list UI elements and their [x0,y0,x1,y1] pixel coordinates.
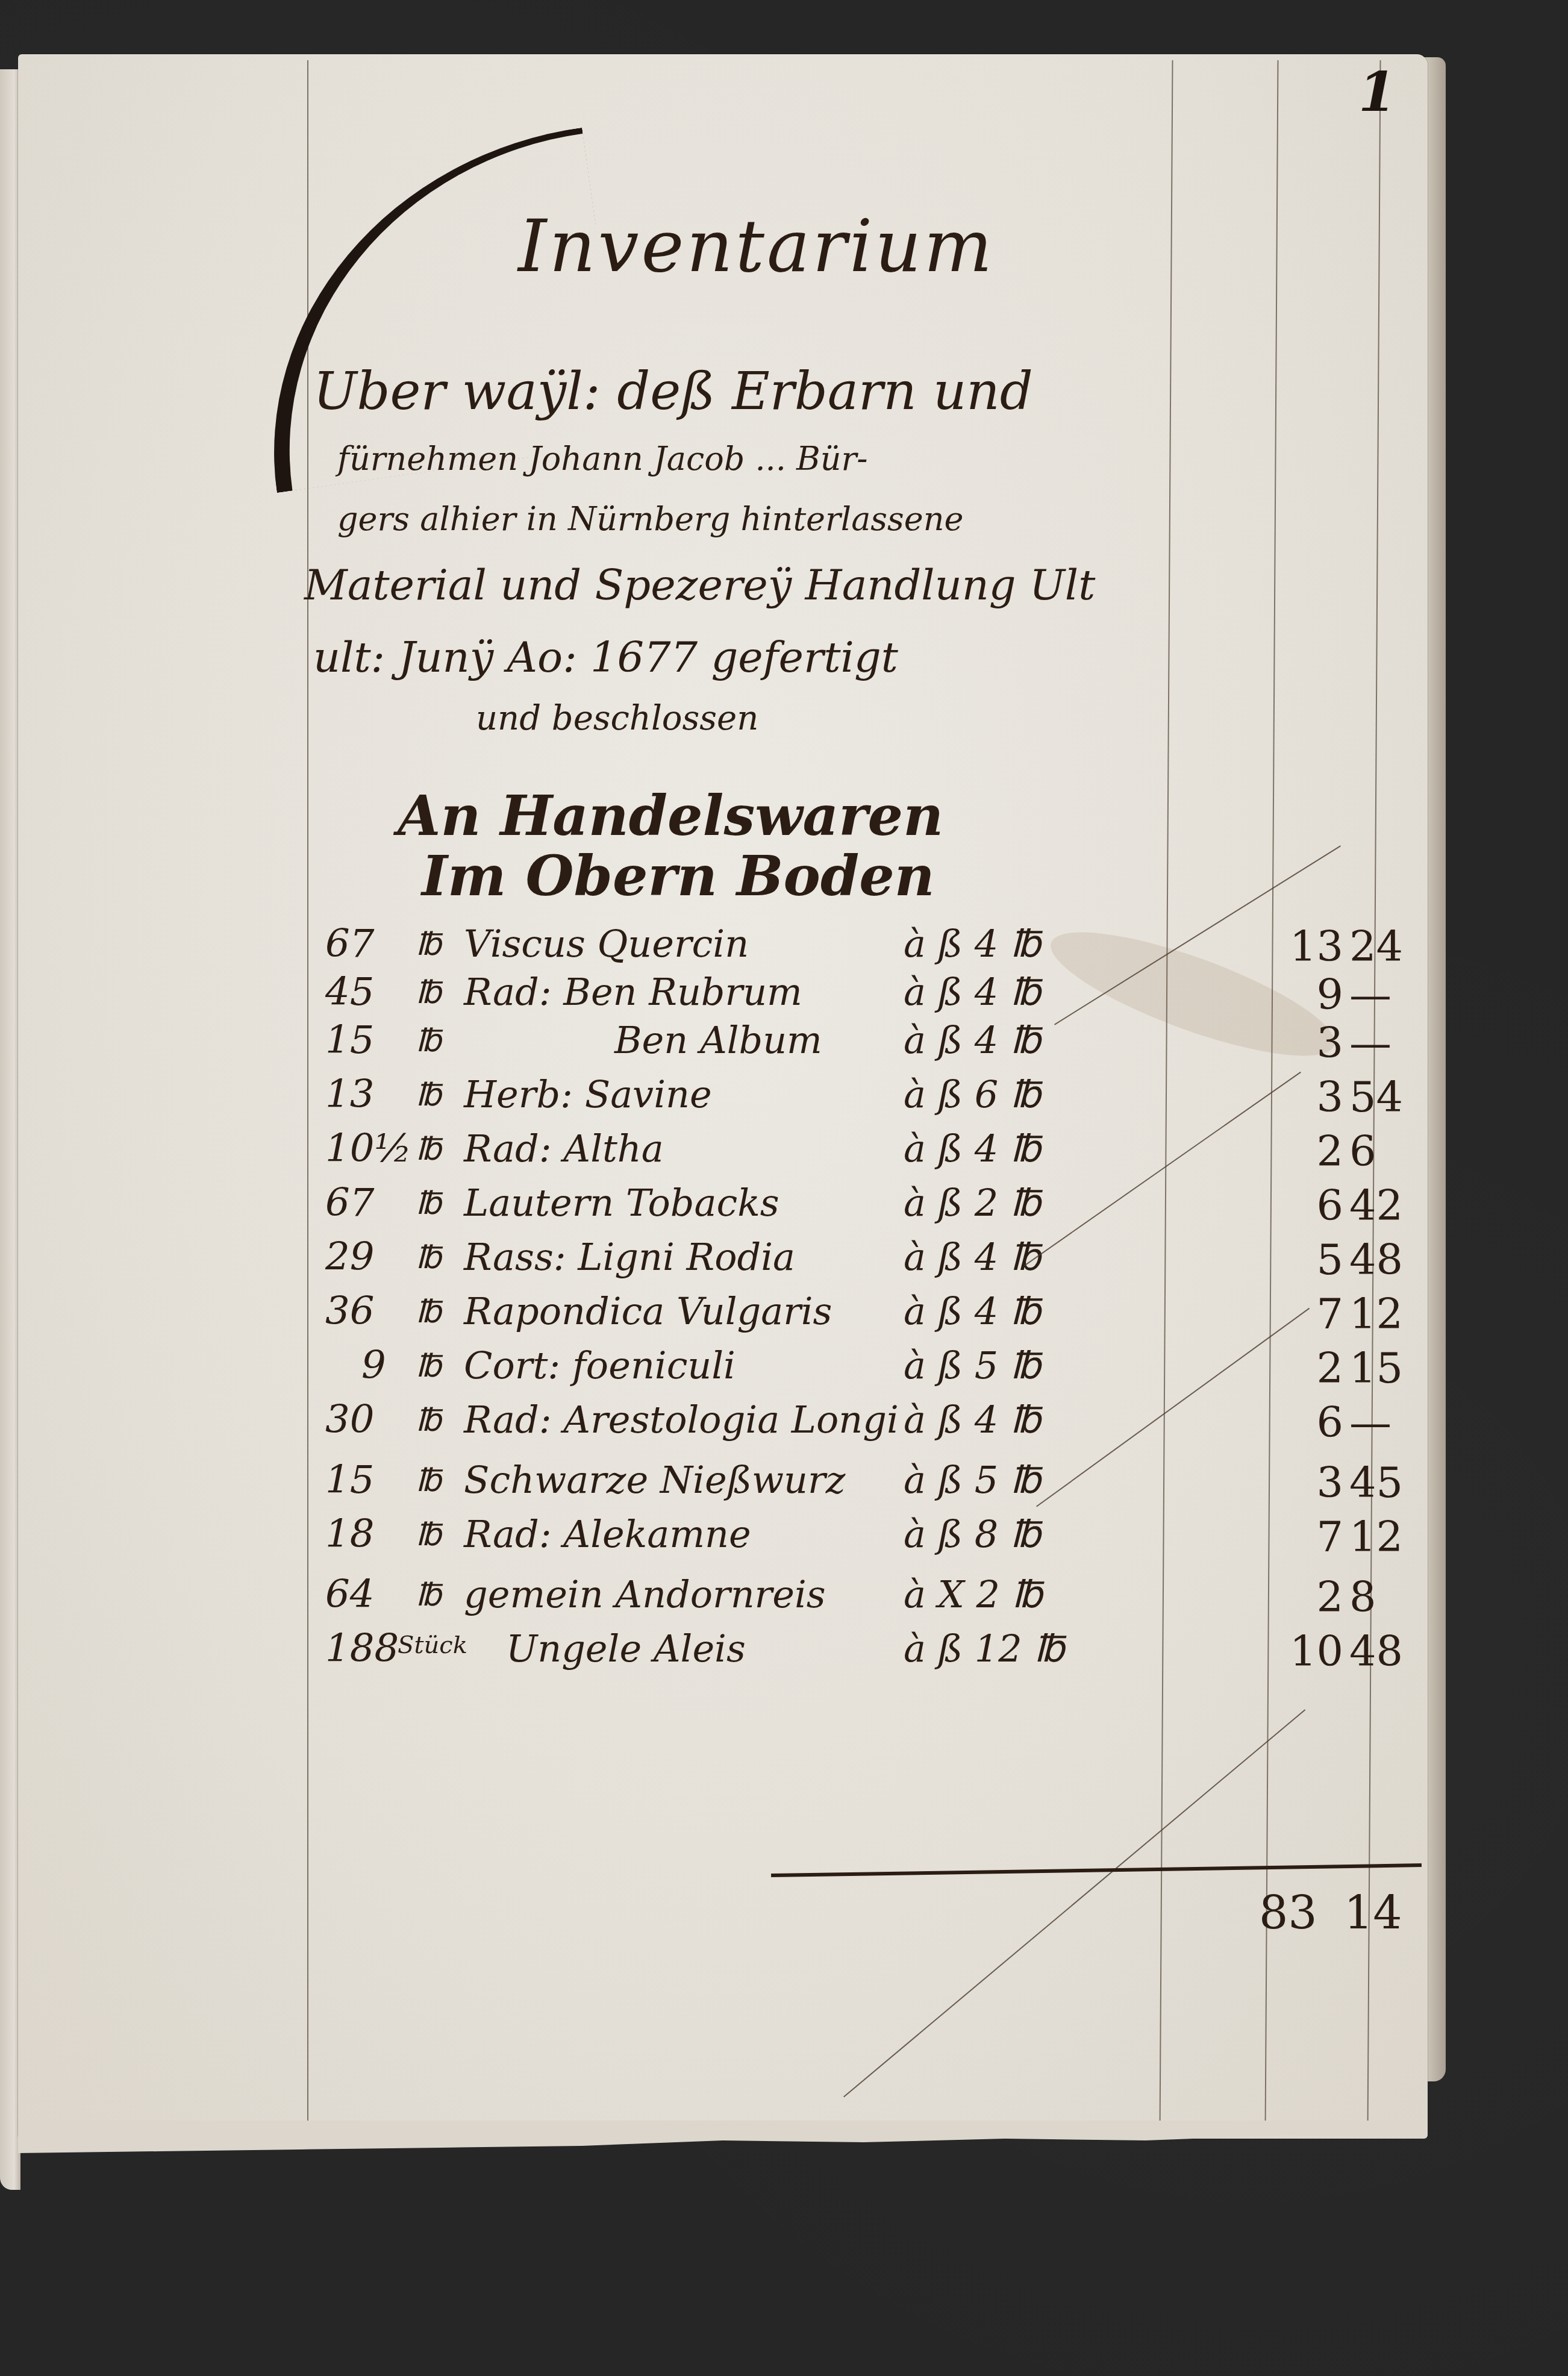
row-quantity: 188 [325,1627,404,1671]
row-unit: ℔ [416,1402,442,1439]
row-unit: ℔ [416,1131,442,1168]
row-rate: à ß 5 ℔ [904,1343,1041,1387]
row-florin: 3 [1241,1072,1343,1122]
row-kreuzer: 42 [1349,1181,1434,1230]
row-unit: ℔ [416,1186,442,1222]
ledger-row: 13 ℔ Herb: Savine à ß 6 ℔ 3 54 [325,1072,1422,1121]
ledger-row: 15 ℔ Ben Album à ß 4 ℔ 3 — [325,1018,1422,1066]
row-quantity: 45 [325,970,404,1014]
intro-line-1: Uber waÿl: deß Erbarn und [313,361,1033,422]
row-quantity: 67 [325,1181,404,1225]
row-quantity: 36 [325,1289,404,1334]
row-kreuzer: 6 [1349,1127,1434,1176]
folio-number: 1 [1358,60,1396,124]
intro-line-3: gers alhier in Nürnberg hinterlassene [337,500,963,538]
row-kreuzer: 15 [1349,1343,1434,1393]
intro-line-4: Material und Spezereÿ Handlung Ult [304,560,1095,610]
row-florin: 2 [1241,1343,1343,1393]
row-rate: à ß 12 ℔ [904,1627,1064,1671]
row-item-name: Ungele Aleis [506,1627,746,1671]
row-item-name: Ben Album [614,1018,822,1062]
row-rate: à ß 8 ℔ [904,1512,1041,1556]
row-item-name: Rad: Ben Rubrum [464,970,802,1014]
ledger-row: 67 ℔ Lautern Tobacks à ß 2 ℔ 6 42 [325,1181,1422,1229]
row-unit: ℔ [416,1577,442,1613]
row-item-name: Rad: Altha [464,1127,664,1171]
intro-line-2: fürnehmen Johann Jacob ... Bür- [337,440,868,478]
row-florin: 13 [1241,922,1343,971]
row-item-name: Rad: Alekamne [464,1512,751,1556]
row-kreuzer: 12 [1349,1512,1434,1562]
ledger-row: 15 ℔ Schwarze Nießwurz à ß 5 ℔ 3 45 [325,1458,1422,1506]
total-kreuzer: 14 [1344,1886,1402,1939]
ledger-row: 9 ℔ Cort: foeniculi à ß 5 ℔ 2 15 [325,1343,1422,1392]
row-kreuzer: — [1349,1398,1434,1447]
ledger-row: 30 ℔ Rad: Arestologia Longi à ß 4 ℔ 6 — [325,1398,1422,1446]
row-item-name: Rass: Ligni Rodia [464,1235,795,1279]
ledger-row: 10½ ℔ Rad: Altha à ß 4 ℔ 2 6 [325,1127,1422,1175]
row-unit: ℔ [416,1348,442,1384]
intro-line-6: und beschlossen [476,699,758,738]
row-kreuzer: — [1349,970,1434,1019]
row-florin: 10 [1241,1627,1343,1676]
row-florin: 9 [1241,970,1343,1019]
row-rate: à ß 2 ℔ [904,1181,1041,1225]
row-rate: à ß 4 ℔ [904,922,1041,966]
row-florin: 5 [1241,1235,1343,1284]
row-unit: ℔ [416,927,442,963]
total-amount: 83 14 [1259,1886,1402,1939]
row-quantity: 10½ [325,1127,404,1171]
row-rate: à ß 4 ℔ [904,1398,1041,1442]
row-florin: 6 [1241,1398,1343,1447]
row-kreuzer: 54 [1349,1072,1434,1122]
row-kreuzer: 48 [1349,1627,1434,1676]
row-unit: Stück [398,1631,467,1659]
row-unit: ℔ [416,975,442,1011]
row-rate: à ß 4 ℔ [904,1235,1041,1279]
row-florin: 3 [1241,1458,1343,1507]
row-unit: ℔ [416,1294,442,1330]
row-unit: ℔ [416,1517,442,1553]
row-unit: ℔ [416,1240,442,1276]
row-quantity: 67 [325,922,404,966]
page-title: Inventarium [518,205,995,289]
row-kreuzer: 12 [1349,1289,1434,1339]
row-kreuzer: 24 [1349,922,1434,971]
ledger-row: 18 ℔ Rad: Alekamne à ß 8 ℔ 7 12 [325,1512,1422,1560]
ledger-row: 67 ℔ Viscus Quercin à ß 4 ℔ 13 24 [325,922,1422,970]
row-kreuzer: — [1349,1018,1434,1068]
ledger-row: 45 ℔ Rad: Ben Rubrum à ß 4 ℔ 9 — [325,970,1422,1018]
row-rate: à ß 5 ℔ [904,1458,1041,1502]
previous-page-edge [0,69,20,2190]
row-kreuzer: 8 [1349,1572,1434,1622]
row-rate: à ß 4 ℔ [904,970,1041,1014]
row-quantity: 64 [325,1572,404,1617]
row-rate: à X 2 ℔ [904,1572,1042,1616]
intro-line-5: ult: Junÿ Ao: 1677 gefertigt [313,633,898,682]
row-item-name: Cort: foeniculi [464,1343,736,1387]
row-rate: à ß 4 ℔ [904,1127,1041,1171]
row-quantity: 15 [325,1458,404,1502]
row-florin: 7 [1241,1512,1343,1562]
ledger-row: 64 ℔ gemein Andornreis à X 2 ℔ 2 8 [325,1572,1422,1621]
section-heading-location: Im Obern Boden [422,843,935,908]
ledger-row: 36 ℔ Rapondica Vulgaris à ß 4 ℔ 7 12 [325,1289,1422,1337]
row-florin: 3 [1241,1018,1343,1068]
row-rate: à ß 4 ℔ [904,1018,1041,1062]
row-item-name: Herb: Savine [464,1072,712,1116]
row-florin: 7 [1241,1289,1343,1339]
row-quantity: 15 [325,1018,404,1063]
row-quantity: 18 [325,1512,404,1557]
row-item-name: Lautern Tobacks [464,1181,779,1225]
row-unit: ℔ [416,1463,442,1499]
row-kreuzer: 48 [1349,1235,1434,1284]
row-florin: 2 [1241,1127,1343,1176]
row-florin: 2 [1241,1572,1343,1622]
row-quantity: 29 [325,1235,404,1280]
row-florin: 6 [1241,1181,1343,1230]
total-florin: 83 [1259,1886,1317,1939]
ledger-row: 29 ℔ Rass: Ligni Rodia à ß 4 ℔ 5 48 [325,1235,1422,1283]
row-kreuzer: 45 [1349,1458,1434,1507]
row-rate: à ß 6 ℔ [904,1072,1041,1116]
section-heading-goods: An Handelswaren [398,783,943,848]
row-item-name: Viscus Quercin [464,922,749,966]
row-quantity: 30 [325,1398,404,1442]
row-item-name: gemein Andornreis [464,1572,826,1616]
row-unit: ℔ [416,1077,442,1113]
row-rate: à ß 4 ℔ [904,1289,1041,1333]
row-item-name: Rapondica Vulgaris [464,1289,832,1333]
row-unit: ℔ [416,1023,442,1059]
row-quantity: 13 [325,1072,404,1117]
row-item-name: Schwarze Nießwurz [464,1458,845,1502]
row-item-name: Rad: Arestologia Longi [464,1398,899,1442]
ledger-row: 188 Stück Ungele Aleis à ß 12 ℔ 10 48 [325,1627,1422,1675]
